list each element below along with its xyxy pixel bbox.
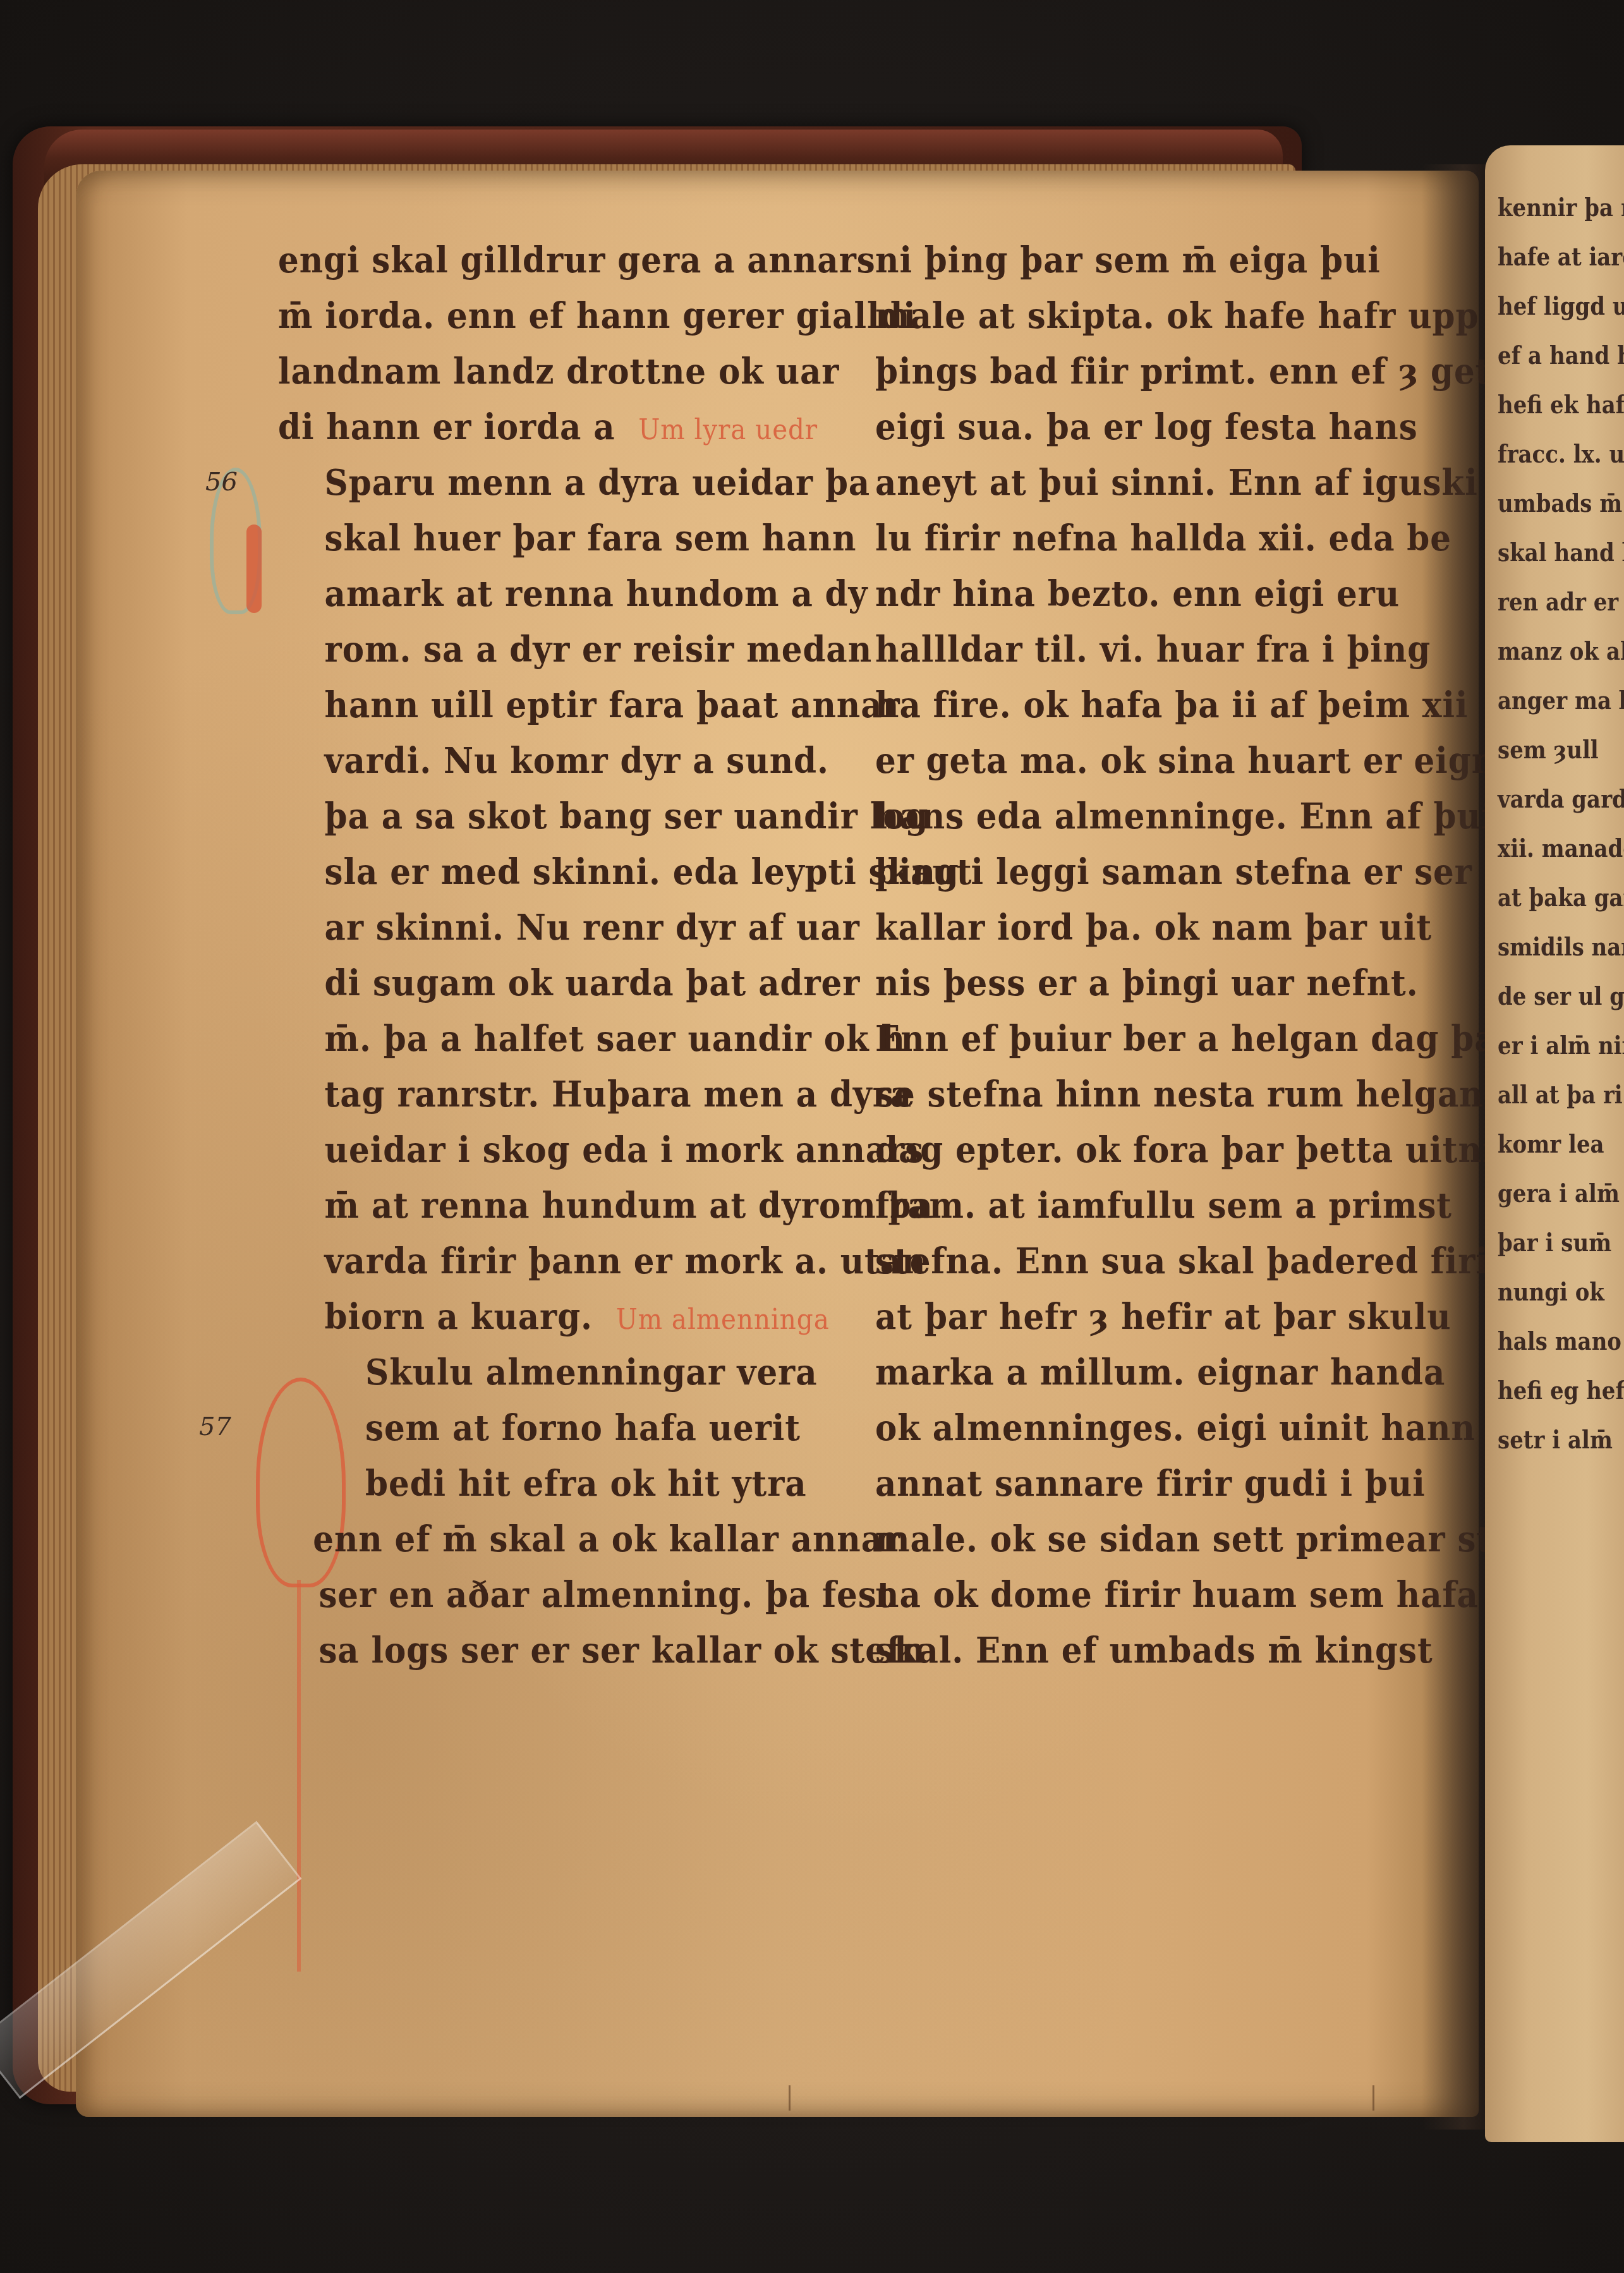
text-line: de ser ul ga	[1498, 972, 1624, 1021]
text-line: biorn a kuarg.	[325, 1296, 593, 1338]
text-line: male. ok se sidan sett primear stef	[875, 1512, 1398, 1567]
text-line: landnam landz drottne ok uar	[278, 344, 790, 399]
text-line: skal huer þar fara sem hann	[278, 511, 790, 566]
text-line: þing i leggi saman stefna er ser	[875, 844, 1398, 900]
text-line: bedi hit efra ok hit ytra	[278, 1456, 790, 1512]
text-line: sem at forno hafa uerit	[278, 1400, 790, 1456]
text-line: er i alm̄ ning	[1498, 1021, 1624, 1070]
text-line: hals mano	[1498, 1317, 1624, 1366]
text-line: vardi. Nu komr dyr a sund.	[278, 733, 790, 789]
text-line: aneyt at þui sinni. Enn af iguski	[875, 455, 1398, 511]
text-line: se stefna hinn nesta rum helgan	[875, 1067, 1398, 1122]
text-line: ok almenninges. eigi uinit hann	[875, 1400, 1398, 1456]
text-line: umbads m̄ to	[1498, 479, 1624, 528]
text-line: nis þess er a þingi uar nefnt.	[875, 955, 1398, 1011]
text-line: anger ma b	[1498, 676, 1624, 725]
text-line: kallar iord þa. ok nam þar uit	[875, 900, 1398, 955]
text-line: ef a hand hafe	[1498, 331, 1624, 380]
text-line: Enn ef þuiur ber a helgan dag þa	[875, 1011, 1398, 1067]
text-line: lu firir nefna hallda xii. eda be	[875, 511, 1398, 566]
text-line: amark at renna hundom a dy	[278, 566, 790, 622]
text-line: Sparu menn a dyra ueidar þa	[278, 455, 790, 511]
text-line: þar i sum̄	[1498, 1218, 1624, 1268]
text-line: smidils nar	[1498, 923, 1624, 972]
text-line: m̄ iorda. enn ef hann gerer gialldi	[278, 288, 790, 344]
text-line: manz ok alm	[1498, 627, 1624, 676]
text-line: varda gard	[1498, 775, 1624, 824]
text-line: þings bad fiir primt. enn ef ȝ geter	[875, 344, 1398, 399]
text-line-with-rubric: di hann er iorda aUm lyra uedr	[278, 399, 790, 455]
rubric-heading: Um lyra uedr	[638, 414, 818, 446]
text-line-with-rubric: biorn a kuarg.Um almenninga	[278, 1289, 790, 1345]
text-line: marka a millum. eignar handa	[875, 1345, 1398, 1400]
marginal-chapter-number: 57	[199, 1412, 231, 1441]
text-line: stefna. Enn sua skal þadered firir	[875, 1233, 1398, 1289]
text-line: ni þing þar sem m̄ eiga þui	[875, 233, 1398, 288]
text-line: hef liggd ueret	[1498, 282, 1624, 331]
text-line: komr lea	[1498, 1120, 1624, 1169]
page-tear	[789, 2085, 791, 2111]
text-line: at þar hefr ȝ hefir at þar skulu	[875, 1289, 1398, 1345]
marginal-chapter-number: 56	[205, 468, 238, 497]
text-line: ren adr er	[1498, 578, 1624, 627]
text-line: enn ef m̄ skal a ok kallar annar	[278, 1512, 790, 1567]
text-line: m̄. þa a halfet saer uandir ok h	[278, 1011, 790, 1067]
text-line: hallldar til. vi. huar fra i þing	[875, 622, 1398, 677]
gutter-shadow	[1422, 164, 1491, 2130]
text-line: hann uill eptir fara þaat annar	[278, 677, 790, 733]
right-text-column: ni þing þar sem m̄ eiga þui male at skip…	[875, 233, 1444, 1678]
text-line: engi skal gilldrur gera a annars	[278, 233, 790, 288]
text-line: sa logs ser er ser kallar ok stefn	[278, 1623, 790, 1678]
text-line: ar skinni. Nu renr dyr af uar	[278, 900, 790, 955]
left-text-column: engi skal gilldrur gera a annars m̄ iord…	[278, 233, 834, 1678]
text-line: eigi sua. þa er log festa hans	[875, 399, 1398, 455]
text-line: di hann er iorda a	[278, 406, 615, 448]
text-line: tag ranrstr. Huþara men a dyra	[278, 1067, 790, 1122]
text-line: ndr hina bezto. enn eigi eru	[875, 566, 1398, 622]
text-line: hafe at iardo fiir	[1498, 233, 1624, 282]
text-line: fracc. lx. uaro	[1498, 430, 1624, 479]
text-line: dag epter. ok fora þar þetta uitni	[875, 1122, 1398, 1178]
text-line: at þaka gar	[1498, 873, 1624, 923]
text-line: varda firir þann er mork a. utan	[278, 1233, 790, 1289]
text-line: sla er med skinni. eda leypti skaut	[278, 844, 790, 900]
text-line: ha fire. ok hafa þa ii af þeim xii	[875, 677, 1398, 733]
text-line: gera i alm̄	[1498, 1169, 1624, 1218]
text-line: di sugam ok uarda þat adrer	[278, 955, 790, 1011]
text-line: skal. Enn ef umbads m̄ kingst	[875, 1623, 1398, 1678]
text-line: setr i alm̄	[1498, 1415, 1624, 1465]
text-line: er geta ma. ok sina huart er eign	[875, 733, 1398, 789]
text-line: þa a sa skot bang ser uandir log	[278, 789, 790, 844]
text-line: annat sannare firir gudi i þui	[875, 1456, 1398, 1512]
decorated-initial-56-accent	[246, 524, 262, 613]
text-line: Skulu almenningar vera	[278, 1345, 790, 1400]
text-line: m̄ at renna hundum at dyrom þa	[278, 1178, 790, 1233]
text-line: ueidar i skog eda i mork annars	[278, 1122, 790, 1178]
text-line: all at þa ri	[1498, 1070, 1624, 1120]
text-line: na ok dome firir huam sem hafa	[875, 1567, 1398, 1623]
text-line: hefi eg hefi	[1498, 1366, 1624, 1415]
text-line: hans eda almenninge. Enn af þui	[875, 789, 1398, 844]
text-line: skal hand hafe	[1498, 528, 1624, 578]
text-line: ser en aðar almenning. þa fest	[278, 1567, 790, 1623]
text-line: rom. sa a dyr er reisir medan	[278, 622, 790, 677]
text-line: xii. manade	[1498, 824, 1624, 873]
text-line: fram. at iamfullu sem a primst	[875, 1178, 1398, 1233]
text-line: male at skipta. ok hafe hafr upp	[875, 288, 1398, 344]
text-line: kennir þa mane	[1498, 183, 1624, 233]
recto-text-column: kennir þa mane hafe at iardo fiir hef li…	[1498, 183, 1624, 1465]
page-tear	[1373, 2085, 1374, 2111]
text-line: sem ȝull	[1498, 725, 1624, 775]
recto-page-fragment: kennir þa mane hafe at iardo fiir hef li…	[1485, 145, 1624, 2142]
text-line: nungi ok	[1498, 1268, 1624, 1317]
text-line: hefi ek haft ok	[1498, 380, 1624, 430]
rubric-heading: Um almenninga	[616, 1304, 830, 1336]
